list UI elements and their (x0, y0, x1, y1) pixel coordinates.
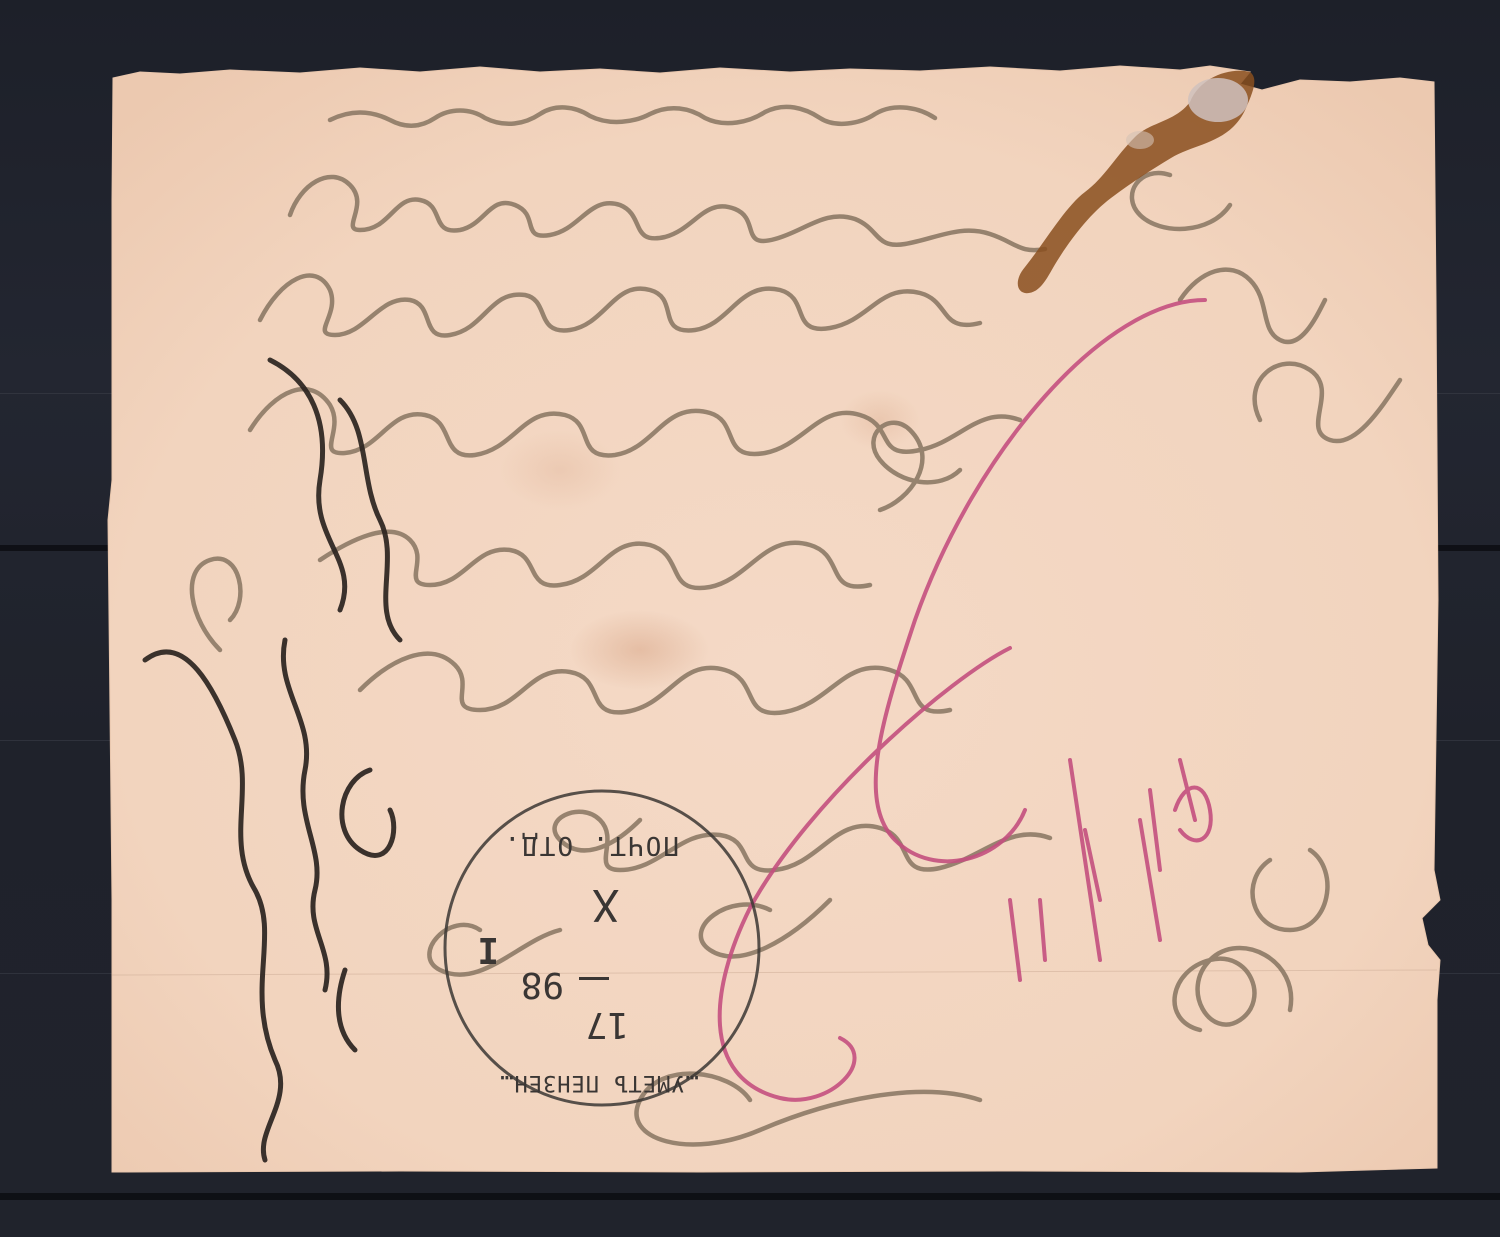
postmark-day: 17 (586, 1004, 629, 1045)
envelope-paper (108, 66, 1440, 1172)
postmark-year: 98 (521, 964, 564, 1005)
postmark-top-text: …УМЕТЪ ПЕНЗЕН… (459, 1070, 739, 1095)
postmark-date: 17 X 98 I ПОЧТ. ОТД. …УМЕТЪ ПЕНЗЕН… (445, 791, 759, 1105)
postmark-dash (579, 977, 609, 980)
postmark-series: I (477, 929, 499, 970)
postmark-bottom-text: ПОЧТ. ОТД. (502, 830, 679, 860)
postmark-month: X (593, 879, 620, 930)
envelope: 17 X 98 I ПОЧТ. ОТД. …УМЕТЪ ПЕНЗЕН… Его … (0, 0, 1500, 1237)
